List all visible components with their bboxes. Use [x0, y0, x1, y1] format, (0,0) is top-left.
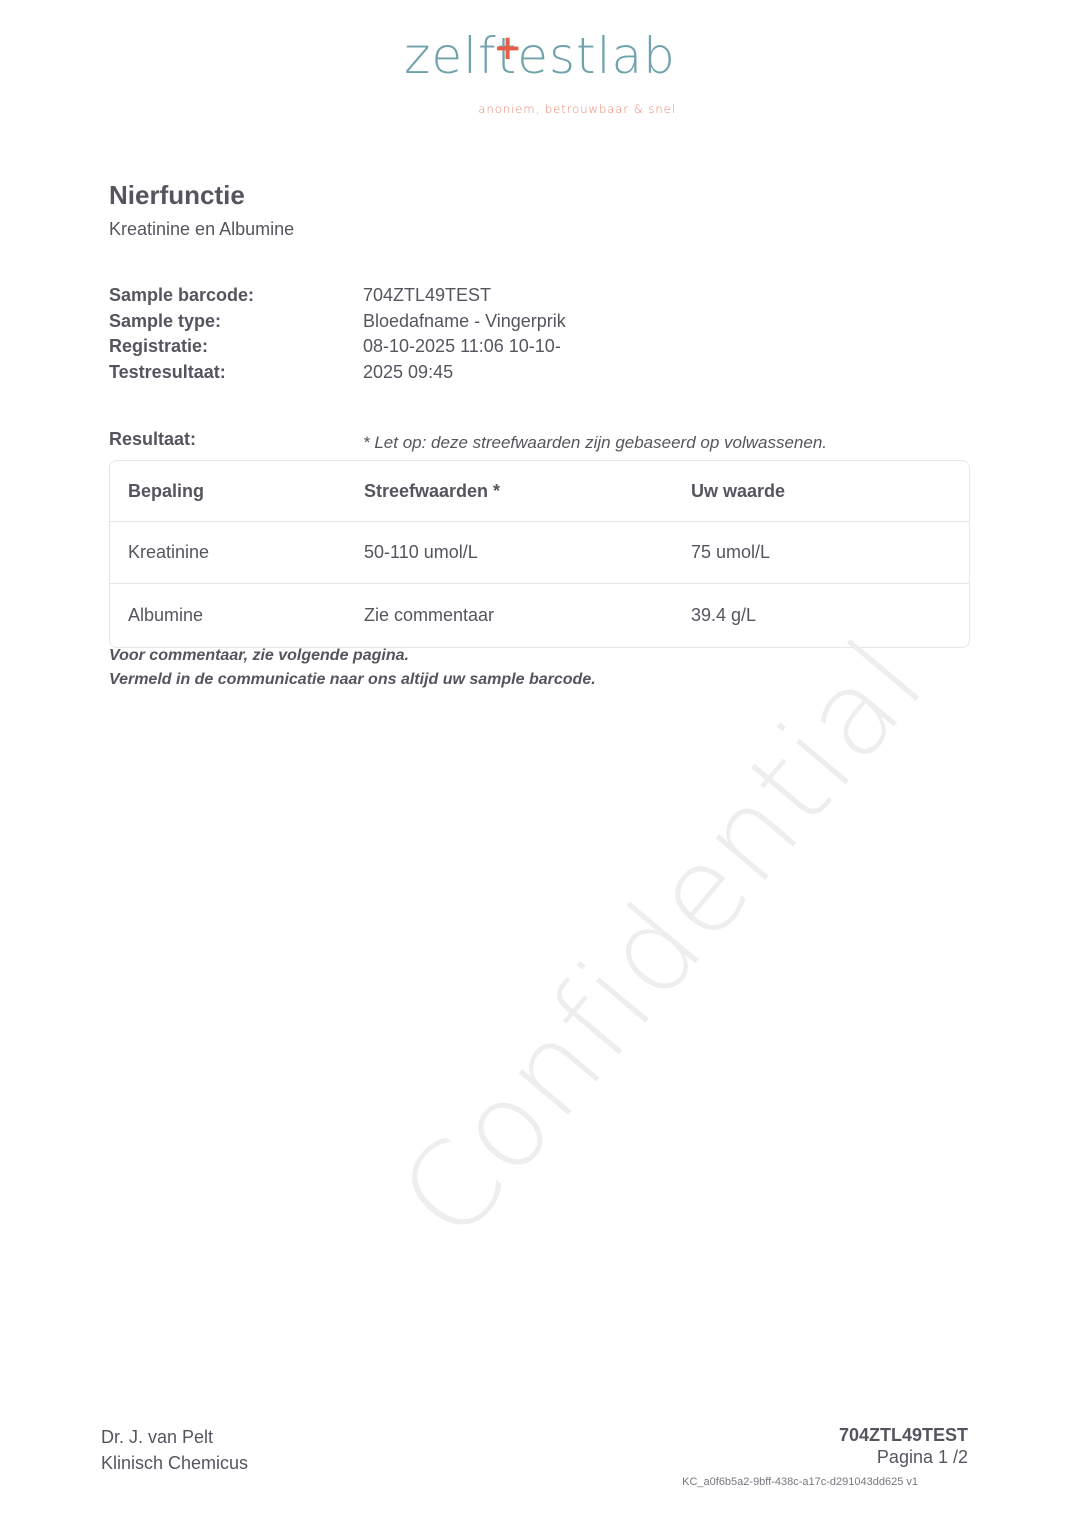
cell-streefwaarden: Zie commentaar	[364, 605, 691, 626]
info-value: 2025 09:45	[363, 360, 613, 386]
table-header-row: Bepaling Streefwaarden * Uw waarde	[110, 461, 969, 521]
results-heading: Resultaat:	[109, 429, 196, 450]
footer-barcode: 704ZTL49TEST	[839, 1424, 968, 1446]
info-row-sample-type: Sample type: Bloedafname - Vingerprik	[109, 309, 669, 335]
confidential-watermark: Confidential	[373, 613, 951, 1264]
logo-wordmark: zelf+testlab anoniem, betrouwbaar & snel	[404, 26, 676, 86]
logo-t-with-cross: +t	[497, 26, 518, 86]
column-header-uw-waarde: Uw waarde	[691, 481, 969, 502]
footnote-commentary: Voor commentaar, zie volgende pagina.	[109, 647, 409, 665]
cell-uw-waarde: 39.4 g/L	[691, 605, 969, 626]
info-row-registratie: Registratie: 08-10-2025 11:06 10-10-	[109, 334, 669, 360]
info-label: Registratie:	[109, 334, 363, 360]
table-row: Albumine Zie commentaar 39.4 g/L	[110, 583, 969, 647]
plus-cross-icon: +	[493, 33, 523, 63]
page-title: Nierfunctie	[109, 180, 245, 211]
reference-note: * Let op: deze streefwaarden zijn gebase…	[363, 433, 827, 453]
logo-text-part: zelf	[404, 27, 497, 85]
page-number: Pagina 1 /2	[839, 1446, 968, 1468]
column-header-streefwaarden: Streefwaarden *	[364, 481, 691, 502]
logo-text-part: estlab	[517, 27, 676, 85]
footnote-barcode-reminder: Vermeld in de communicatie naar ons alti…	[109, 671, 596, 689]
logo-tagline: anoniem, betrouwbaar & snel	[478, 79, 675, 139]
page-subtitle: Kreatinine en Albumine	[109, 219, 294, 240]
info-row-barcode: Sample barcode: 704ZTL49TEST	[109, 283, 669, 309]
info-value: 704ZTL49TEST	[363, 283, 613, 309]
cell-bepaling: Kreatinine	[110, 542, 364, 563]
cell-uw-waarde: 75 umol/L	[691, 542, 969, 563]
info-label: Testresultaat:	[109, 360, 363, 386]
signer-title: Klinisch Chemicus	[101, 1450, 248, 1476]
footer-right: 704ZTL49TEST Pagina 1 /2	[839, 1424, 968, 1468]
info-value: 08-10-2025 11:06 10-10-	[363, 334, 613, 360]
table-row: Kreatinine 50-110 umol/L 75 umol/L	[110, 521, 969, 583]
sample-info: Sample barcode: 704ZTL49TEST Sample type…	[109, 283, 669, 385]
info-label: Sample type:	[109, 309, 363, 335]
column-header-bepaling: Bepaling	[110, 481, 364, 502]
signature-block: Dr. J. van Pelt Klinisch Chemicus	[101, 1424, 248, 1476]
signer-name: Dr. J. van Pelt	[101, 1424, 248, 1450]
info-row-testresultaat: Testresultaat: 2025 09:45	[109, 360, 669, 386]
document-id: KC_a0f6b5a2-9bff-438c-a17c-d291043dd625 …	[682, 1476, 918, 1488]
results-table: Bepaling Streefwaarden * Uw waarde Kreat…	[109, 460, 970, 648]
logo: zelf+testlab anoniem, betrouwbaar & snel	[0, 26, 1080, 86]
cell-bepaling: Albumine	[110, 605, 364, 626]
cell-streefwaarden: 50-110 umol/L	[364, 542, 691, 563]
info-value: Bloedafname - Vingerprik	[363, 309, 613, 335]
info-label: Sample barcode:	[109, 283, 363, 309]
